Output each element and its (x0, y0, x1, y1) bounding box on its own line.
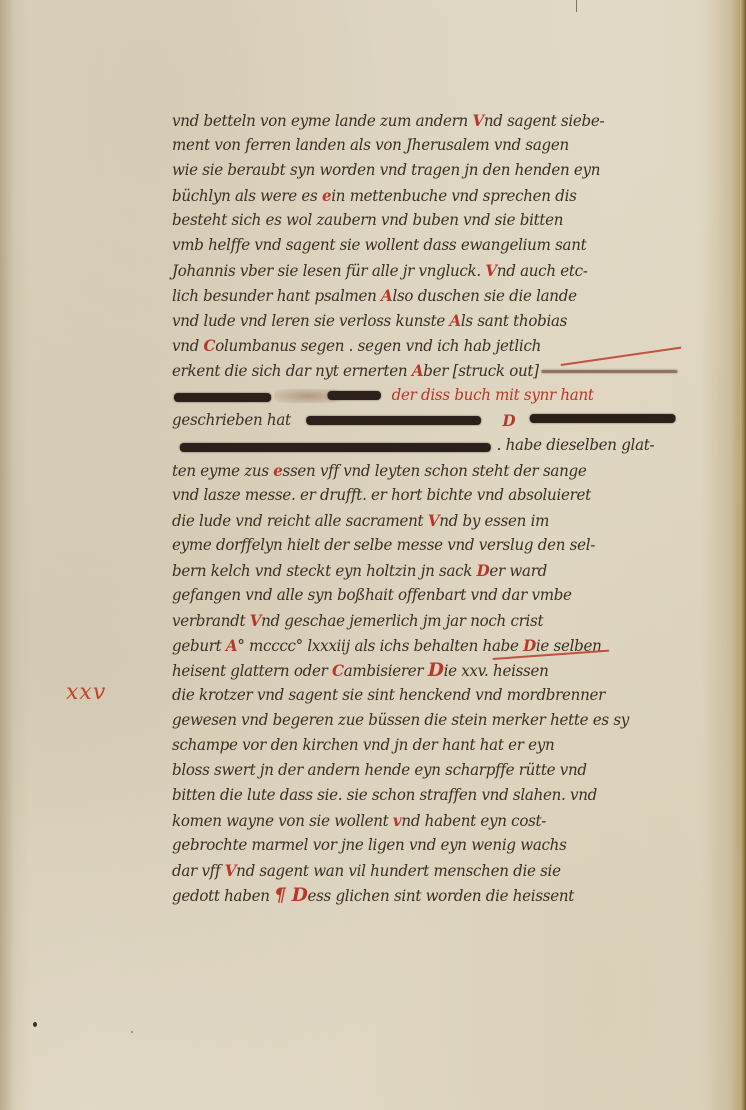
text-line: vnd Columbanus segen . segen vnd ich hab… (172, 333, 697, 358)
strikethrough-bar (530, 414, 676, 423)
text-line: gefangen vnd alle syn boßhait offenbart … (172, 583, 697, 608)
text-line-redacted: der diss buch mit synr hant (172, 383, 697, 408)
red-inserted-text: der diss buch mit synr hant (392, 383, 594, 408)
text-line: die krotzer vnd sagent sie sint henckend… (172, 683, 697, 708)
text-line: geburt A° mcccc° lxxxiij als ichs behalt… (172, 633, 697, 658)
text-line: eyme dorffelyn hielt der selbe messe vnd… (172, 533, 697, 558)
rubric-initial: V (225, 861, 236, 880)
rubric-initial: C (332, 661, 344, 680)
strikethrough-bar (180, 443, 491, 452)
text-line: bitten die lute dass sie. sie schon stra… (172, 783, 697, 808)
manuscript-page: xxv vnd betteln von eyme lande zum ander… (0, 0, 746, 1110)
text-line: Johannis vber sie lesen für alle jr vngl… (172, 258, 697, 283)
rubric-initial: D (502, 408, 515, 433)
ink-speck (33, 1022, 37, 1027)
ink-speck (131, 1031, 133, 1033)
rubric-initial: D (523, 636, 536, 655)
rubric-initial: V (250, 611, 261, 630)
rubric-initial: V (472, 111, 483, 130)
text-line: bloss swert jn der andern hende eyn scha… (172, 758, 697, 783)
rubric-initial: e (273, 461, 282, 480)
rubric-initial: V (428, 511, 439, 530)
rubric-initial: A (449, 311, 460, 330)
rubric-initial: e (322, 186, 331, 205)
text-line: bern kelch vnd steckt eyn holtzin jn sac… (172, 558, 697, 583)
text-line: wie sie beraubt syn worden vnd tragen jn… (172, 158, 697, 183)
text-line: dar vff Vnd sagent wan vil hundert mensc… (172, 858, 697, 883)
text-line-redacted: . habe dieselben glat- (172, 433, 697, 458)
text-line: gedott haben ¶ Dess glichen sint worden … (172, 883, 697, 908)
rubric-initial: C (203, 336, 215, 355)
strikethrough-bar (306, 416, 481, 425)
text-line: vnd lude vnd leren sie verloss kunste Al… (172, 308, 697, 333)
ink-speck (576, 0, 577, 12)
text-line: lich besunder hant psalmen Also duschen … (172, 283, 697, 308)
strikethrough-mark (541, 370, 677, 373)
text-line-redacted: geschrieben hat D (172, 408, 697, 433)
text-line: komen wayne von sie wollent vnd habent e… (172, 808, 697, 833)
text-line: vnd betteln von eyme lande zum andern Vn… (172, 108, 697, 133)
rubric-initial: D (428, 659, 444, 681)
marginal-folio-note: xxv (66, 680, 106, 705)
text-line: gewesen vnd begeren zue büssen die stein… (172, 708, 697, 733)
rubric-initial: v (393, 811, 401, 830)
text-line: gebrochte marmel vor jne ligen vnd eyn w… (172, 833, 697, 858)
strikethrough-bar (174, 393, 271, 402)
strikethrough-bar (328, 391, 381, 400)
text-line: vmb helffe vnd sagent sie wollent dass e… (172, 233, 697, 258)
text-line: ten eyme zus essen vff vnd leyten schon … (172, 458, 697, 483)
rubric-initial: A (226, 636, 237, 655)
rubric-initial: ¶ D (274, 884, 307, 906)
text-line: die lude vnd reicht alle sacrament Vnd b… (172, 508, 697, 533)
manuscript-text-block: vnd betteln von eyme lande zum andern Vn… (172, 108, 712, 908)
text-line: vnd lasze messe. er drufft. er hort bich… (172, 483, 697, 508)
page-fore-edge (740, 0, 746, 1110)
rubric-initial: D (477, 561, 490, 580)
text-line: erkent die sich dar nyt ernerten Aber [s… (172, 358, 697, 383)
text-line: besteht sich es wol zaubern vnd buben vn… (172, 208, 697, 233)
gutter-shadow (0, 0, 14, 1110)
text-line: heisent glattern oder Cambisierer Die xx… (172, 658, 697, 683)
text-line: büchlyn als were es ein mettenbuche vnd … (172, 183, 697, 208)
rubric-initial: A (412, 361, 423, 380)
rubric-initial: V (485, 261, 496, 280)
text-line: schampe vor den kirchen vnd jn der hant … (172, 733, 697, 758)
text-line: verbrandt Vnd geschae jemerlich jm jar n… (172, 608, 697, 633)
text-line: ment von ferren landen als von Jherusale… (172, 133, 697, 158)
rubric-initial: A (381, 286, 392, 305)
